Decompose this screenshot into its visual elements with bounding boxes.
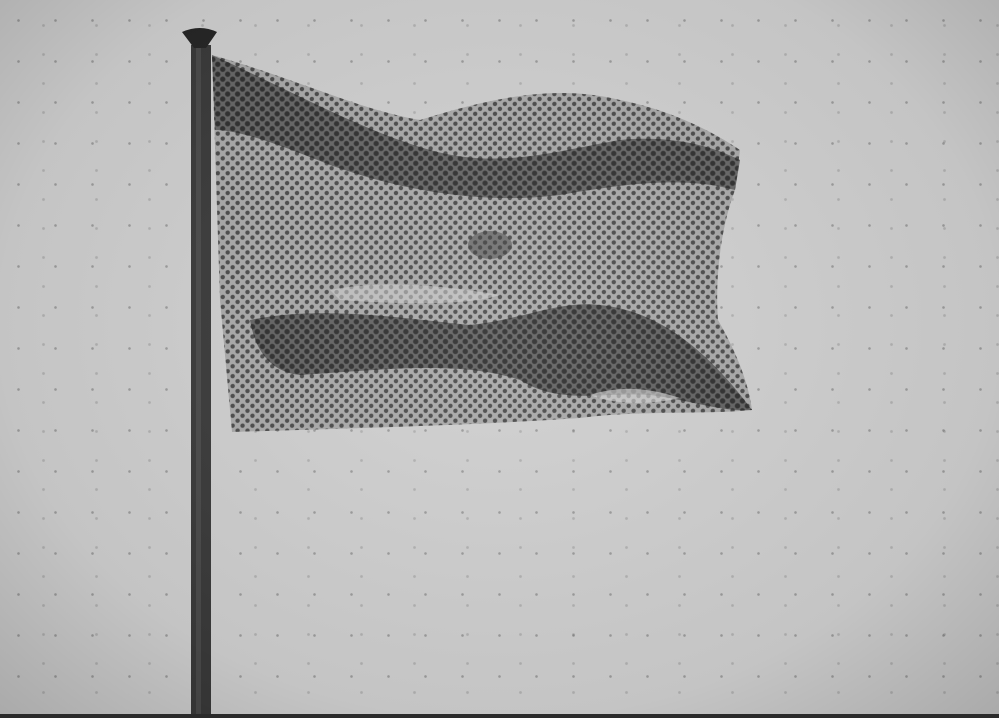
- frame-edge: [0, 714, 999, 718]
- flag-photo: [0, 0, 999, 718]
- vignette: [0, 0, 999, 718]
